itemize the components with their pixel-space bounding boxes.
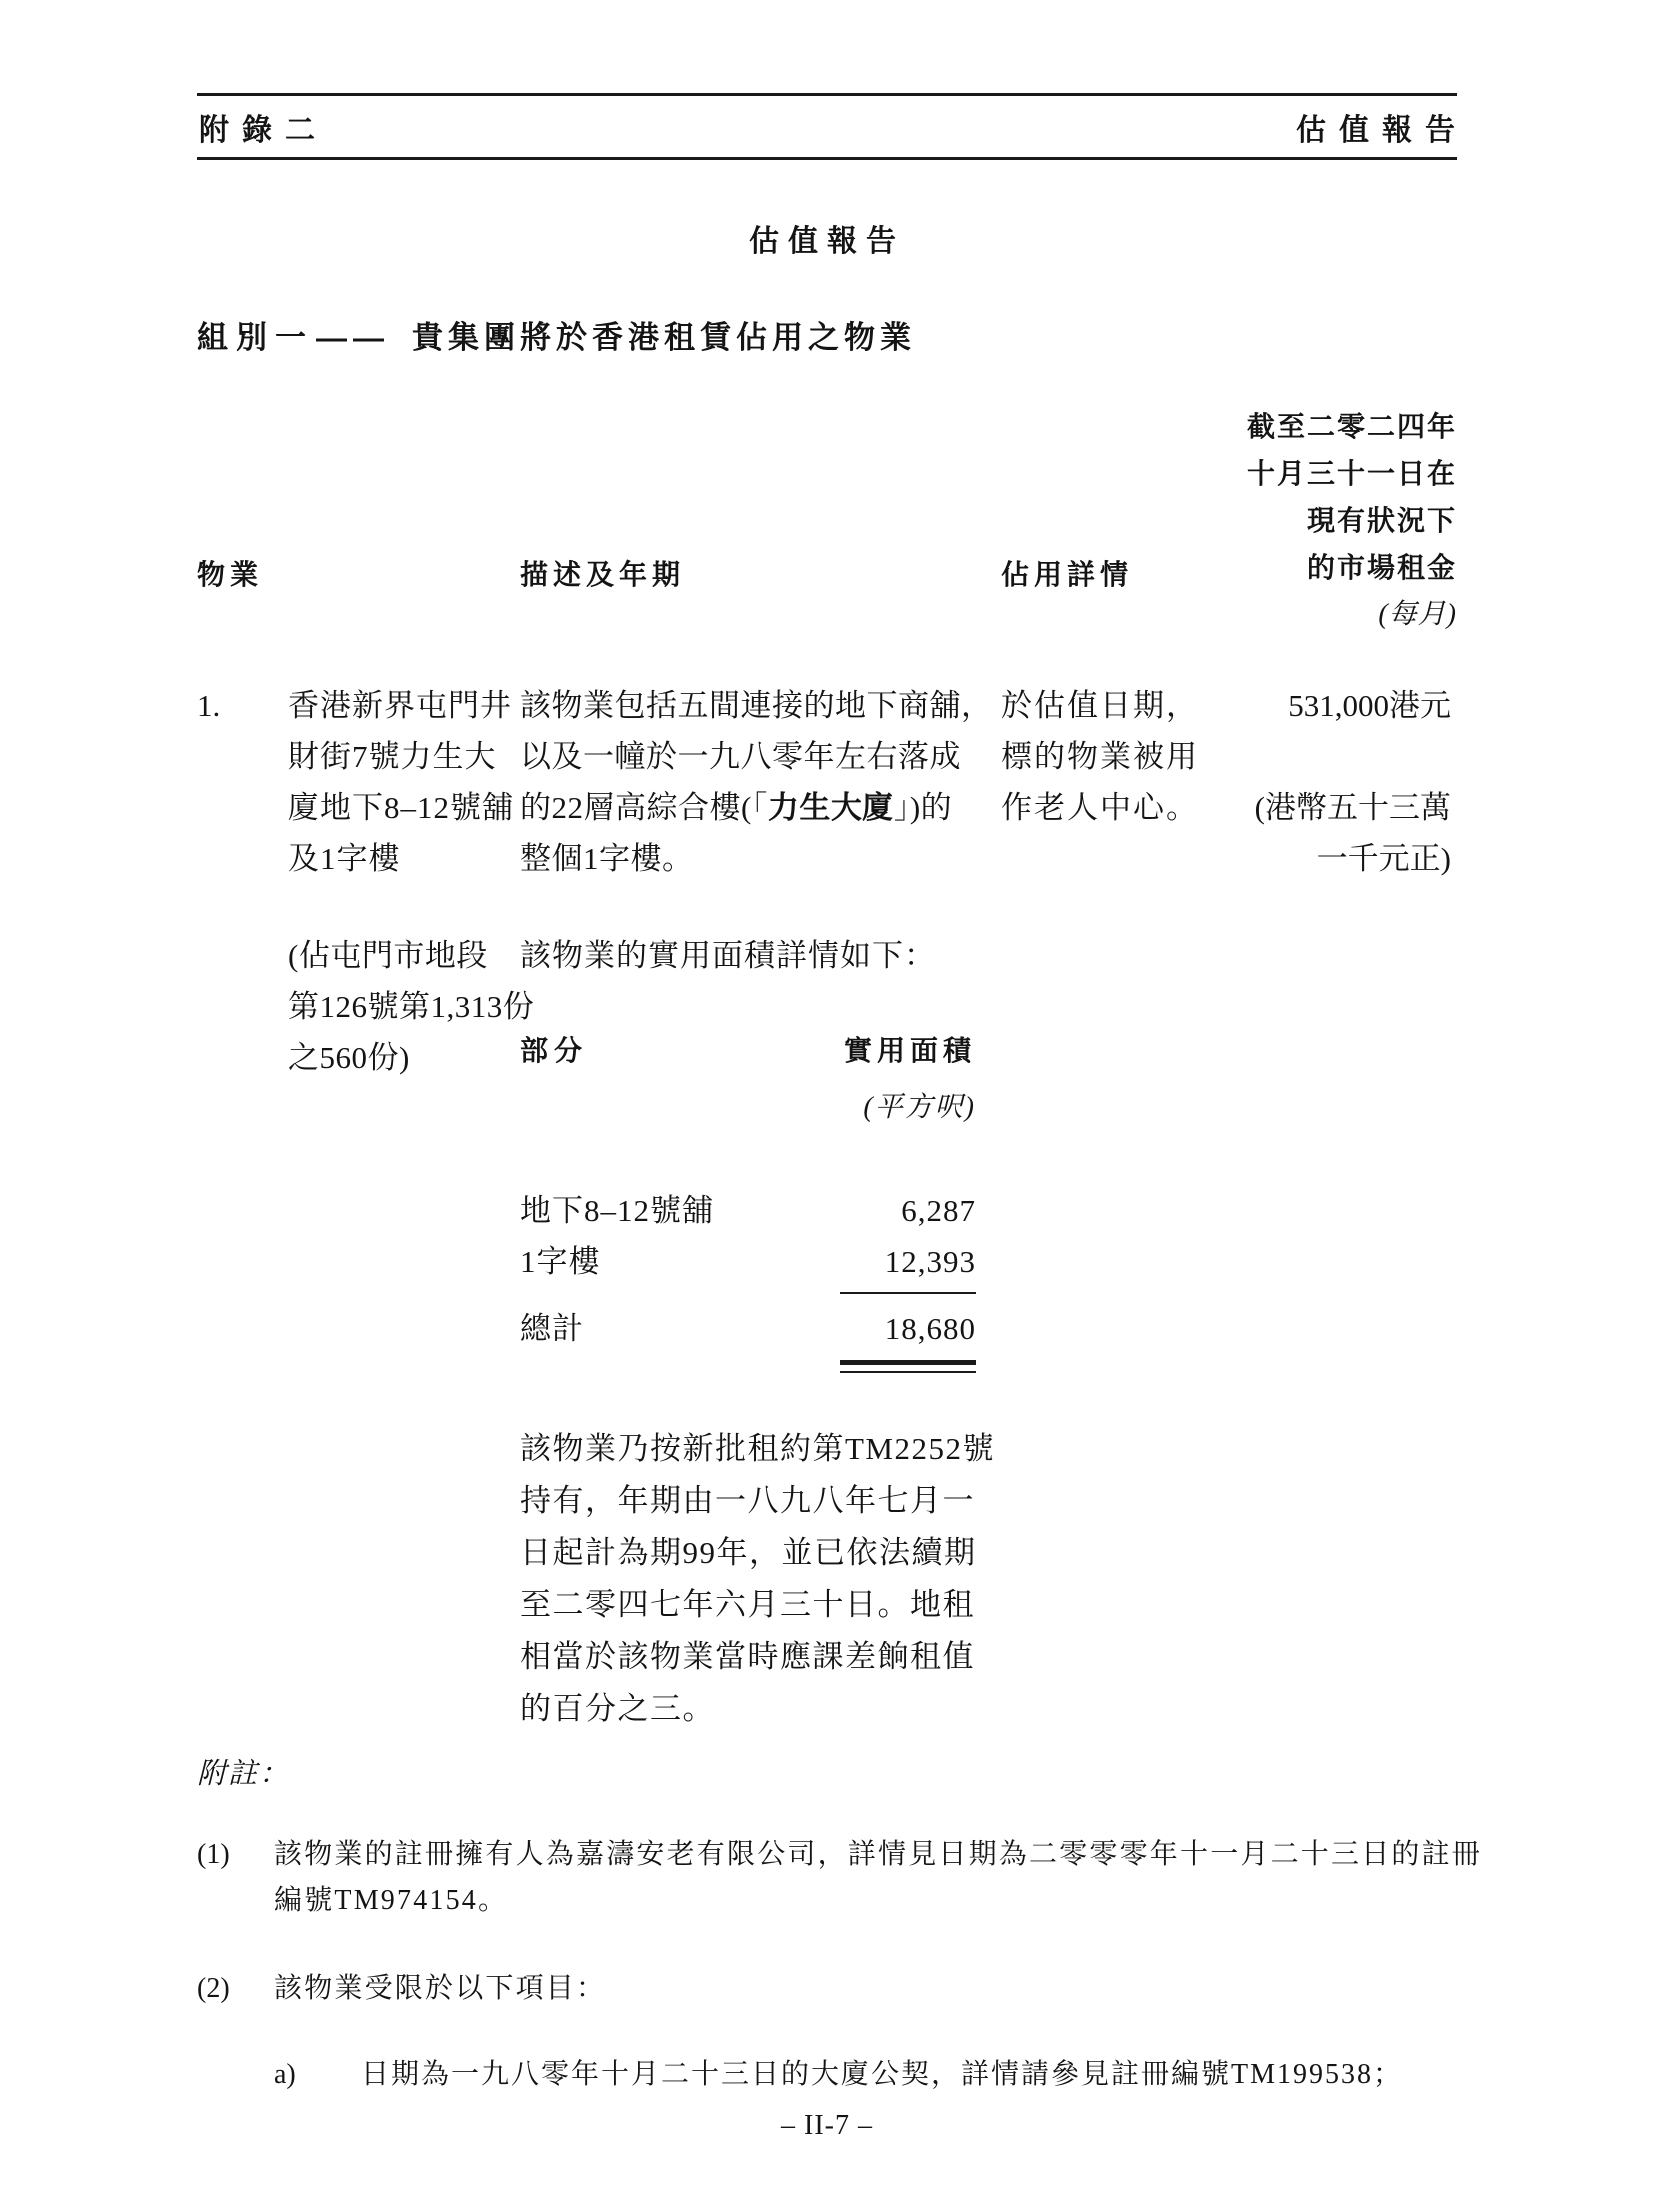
description-line3-post: 」)的 <box>894 790 952 825</box>
area-col-area-unit: (平方呎) <box>844 1082 976 1133</box>
valuation-table-header: 物業 描述及年期 佔用詳情 截至二零二四年 十月三十一日在 現有狀況下 的市場租… <box>197 403 1457 638</box>
occupancy-line: 於估值日期， <box>1001 680 1215 731</box>
page-number: – II-7 – <box>197 2110 1457 2142</box>
notes-label: 附註： <box>197 1751 1457 1792</box>
table-row-total: 總計 18,680 <box>520 1303 976 1354</box>
tenure-line: 至二零四七年六月三十日。地租 <box>520 1579 1457 1631</box>
appendix-label: 附錄二 <box>199 105 328 149</box>
table-row: 1字樓 12,393 <box>520 1236 976 1287</box>
description-line: 該物業包括五間連接的地下商舖， <box>520 680 1001 731</box>
section-heading-text: 貴集團將於香港租賃佔用之物業 <box>412 320 916 355</box>
rent-header-line: 十月三十一日在 <box>1215 450 1457 497</box>
area-col-part: 部分 <box>520 1025 588 1076</box>
note-marker: (2) <box>197 1966 274 2012</box>
saleable-area-table: 部分 實用面積 (平方呎) 地下8–12號舖 6,287 1字樓 12,393 <box>520 1025 976 1373</box>
rent-header-line: 截至二零二四年 <box>1215 403 1457 450</box>
market-rent: 531,000港元 (港幣五十三萬 一千元正) <box>1215 680 1457 884</box>
total-rule-thin <box>840 1371 976 1373</box>
description-line: 的22層高綜合樓(「力生大廈」)的 <box>520 782 1001 833</box>
subnote-marker: a) <box>274 2052 361 2098</box>
running-header: 附錄二 估值報告 <box>197 93 1457 160</box>
rent-words-line: (港幣五十三萬 <box>1215 782 1451 833</box>
column-header-description: 描述及年期 <box>520 553 1001 638</box>
valuation-table-row2: (佔屯門市地段 第126號第1,313份 之560份) 該物業的實用面積詳情如下… <box>197 930 1457 1373</box>
building-name: 力生大廈 <box>768 790 894 825</box>
area-row-label: 地下8–12號舖 <box>520 1185 714 1236</box>
description-line3-pre: 的22層高綜合樓(「 <box>520 790 768 825</box>
area-col-area: 實用面積 (平方呎) <box>844 1025 976 1133</box>
rent-value: 531,000港元 <box>1215 680 1451 731</box>
description-line: 以及一幢於一九八零年左右落成 <box>520 731 1001 782</box>
total-rule-thick <box>840 1360 976 1365</box>
tenure-line: 的百分之三。 <box>520 1683 1457 1735</box>
rent-header-line: 的市場租金 <box>1215 544 1457 591</box>
area-col-area-label: 實用面積 <box>844 1025 976 1076</box>
lot-info: (佔屯門市地段 第126號第1,313份 之560份) <box>288 930 520 1373</box>
property-address-line: 及1字樓 <box>288 833 520 884</box>
area-row-value: 6,287 <box>836 1185 976 1236</box>
description-line: 整個1字樓。 <box>520 833 1001 884</box>
table-row: 地下8–12號舖 6,287 <box>520 1185 976 1236</box>
note-text-line: 該物業的註冊擁有人為嘉濤安老有限公司，詳情見日期為二零零零年十一月二十三日的註冊 <box>274 1832 1482 1878</box>
column-header-rent: 截至二零二四年 十月三十一日在 現有狀況下 的市場租金 (每月) <box>1215 403 1457 638</box>
occupancy-line: 作老人中心。 <box>1001 782 1215 833</box>
rent-header-line: 現有狀況下 <box>1215 497 1457 544</box>
section-heading-prefix: 組別一 <box>197 320 314 355</box>
tenure-line: 持有，年期由一八九八年七月一 <box>520 1475 1457 1527</box>
tenure-line: 相當於該物業當時應課差餉租值 <box>520 1631 1457 1683</box>
note-text: 該物業的註冊擁有人為嘉濤安老有限公司，詳情見日期為二零零零年十一月二十三日的註冊… <box>274 1832 1482 1924</box>
rent-words-line: 一千元正) <box>1215 833 1451 884</box>
note-item-1: (1) 該物業的註冊擁有人為嘉濤安老有限公司，詳情見日期為二零零零年十一月二十三… <box>197 1832 1457 1924</box>
property-address: 香港新界屯門井 財街7號力生大 廈地下8–12號舖 及1字樓 <box>288 680 520 884</box>
note-marker: (1) <box>197 1832 274 1924</box>
property-description: 該物業包括五間連接的地下商舖， 以及一幢於一九八零年左右落成 的22層高綜合樓(… <box>520 680 1001 884</box>
saleable-area-intro: 該物業的實用面積詳情如下： <box>520 930 1457 981</box>
note-item-2a: a) 日期為一九八零年十月二十三日的大廈公契，詳情請參見註冊編號TM199538… <box>274 2052 1457 2098</box>
area-row-value: 12,393 <box>836 1236 976 1287</box>
lot-info-line: 之560份) <box>288 1032 520 1083</box>
note-item-2: (2) 該物業受限於以下項目： <box>197 1966 1457 2012</box>
area-total-label: 總計 <box>520 1303 584 1354</box>
property-address-line: 財街7號力生大 <box>288 731 520 782</box>
note-text-line: 編號TM974154。 <box>274 1878 1482 1924</box>
occupancy-line: 標的物業被用 <box>1001 731 1215 782</box>
tenure-paragraph: 該物業乃按新批租約第TM2252號 持有，年期由一八九八年七月一 日起計為期99… <box>520 1423 1457 1735</box>
column-header-occupancy: 佔用詳情 <box>1001 553 1215 638</box>
item-number: 1. <box>197 680 288 884</box>
section-heading: 組別一——貴集團將於香港租賃佔用之物業 <box>197 312 1457 357</box>
column-header-property: 物業 <box>197 553 520 638</box>
report-label: 估值報告 <box>1296 105 1468 149</box>
property-address-line: 廈地下8–12號舖 <box>288 782 520 833</box>
tenure-line: 該物業乃按新批租約第TM2252號 <box>520 1423 1457 1475</box>
page-title: 估值報告 <box>197 216 1457 260</box>
occupancy-details: 於估值日期， 標的物業被用 作老人中心。 <box>1001 680 1215 884</box>
lot-info-line: (佔屯門市地段 <box>288 930 520 981</box>
section-heading-dash: —— <box>316 320 390 355</box>
rent-in-words: (港幣五十三萬 一千元正) <box>1215 782 1451 884</box>
rent-header-per-month: (每月) <box>1215 591 1457 638</box>
note-text: 該物業受限於以下項目： <box>274 1966 606 2012</box>
subtotal-rule <box>840 1292 976 1294</box>
valuation-table-row: 1. 香港新界屯門井 財街7號力生大 廈地下8–12號舖 及1字樓 該物業包括五… <box>197 680 1457 884</box>
property-address-line: 香港新界屯門井 <box>288 680 520 731</box>
area-row-label: 1字樓 <box>520 1236 601 1287</box>
area-total-value: 18,680 <box>836 1303 976 1354</box>
document-page: 附錄二 估值報告 估值報告 組別一——貴集團將於香港租賃佔用之物業 物業 描述及… <box>0 0 1654 2205</box>
area-table-rows: 地下8–12號舖 6,287 1字樓 12,393 總計 18,680 <box>520 1185 976 1373</box>
saleable-area-section: 該物業的實用面積詳情如下： 部分 實用面積 (平方呎) 地下8–12號舖 6,2… <box>520 930 1457 1373</box>
tenure-line: 日起計為期99年，並已依法續期 <box>520 1527 1457 1579</box>
subnote-text: 日期為一九八零年十月二十三日的大廈公契，詳情請參見註冊編號TM199538； <box>361 2052 1403 2098</box>
lot-info-line: 第126號第1,313份 <box>288 981 520 1032</box>
area-table-header: 部分 實用面積 (平方呎) <box>520 1025 976 1133</box>
